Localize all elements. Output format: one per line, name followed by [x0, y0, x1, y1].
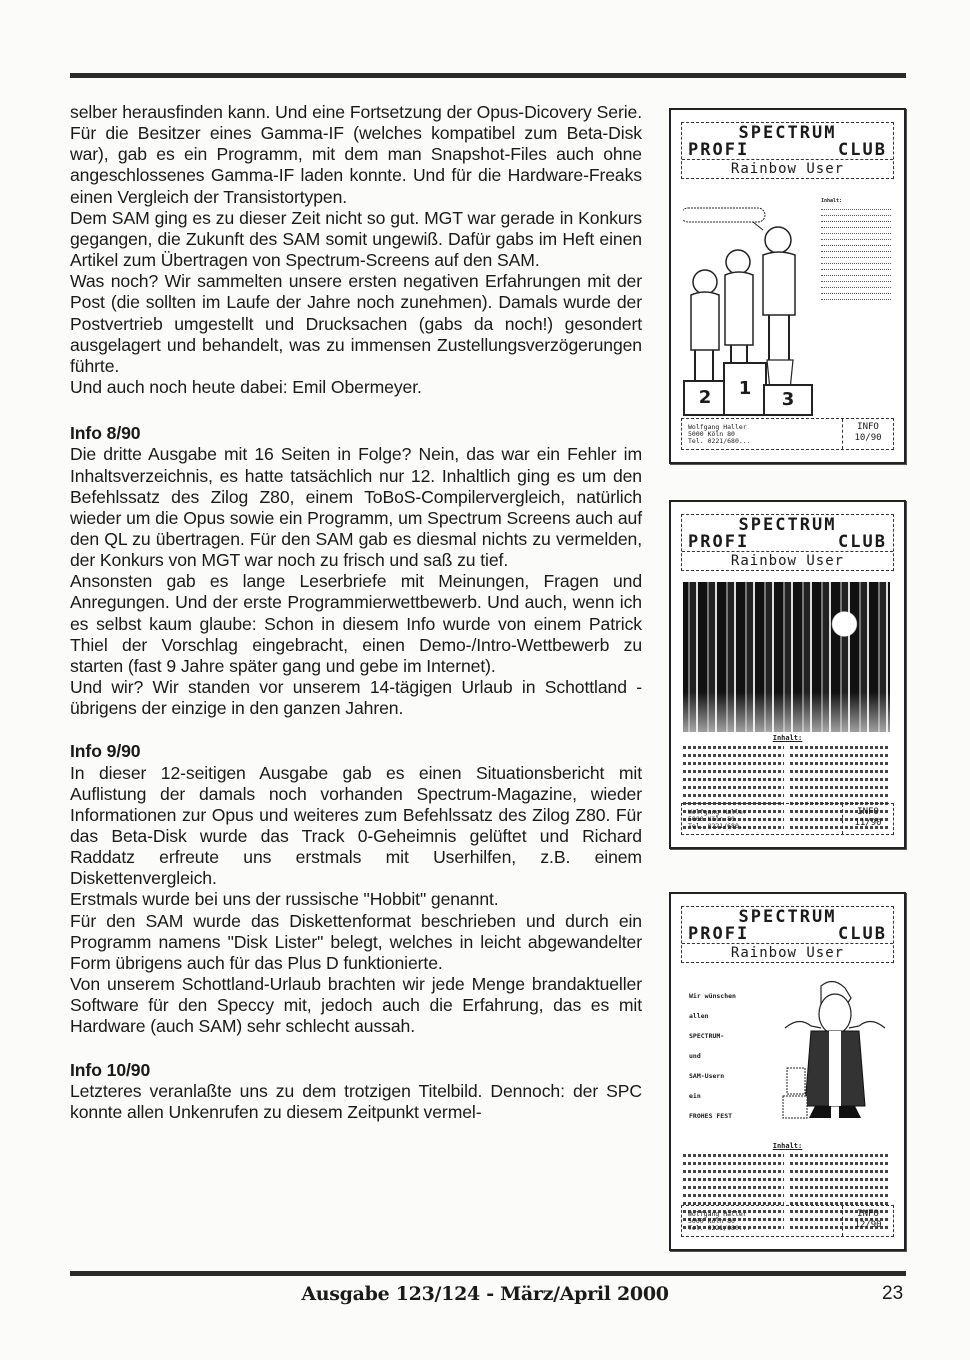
issue-box: INFO 11/90 [842, 804, 893, 834]
issue-box: INFO 10/90 [842, 419, 893, 449]
address-box: Wolfgang Haller 5000 Köln 80 Tel. 0221/6… [681, 1205, 894, 1237]
section-info-10-90: Info 10/90 Letzteres veranlaßte uns zu d… [70, 1060, 642, 1123]
footer-issue-title: Ausgabe 123/124 - März/April 2000 [0, 1283, 970, 1305]
masthead-word: PROFI [688, 926, 749, 943]
greeting-line: FROHES FEST [689, 1106, 736, 1126]
podium-second: 2 [683, 380, 727, 416]
christmas-greeting: Wir wünschen allen SPECTRUM- und SAM-Use… [689, 986, 736, 1126]
issue-number: 11/90 [843, 818, 893, 829]
paragraph: Letzteres veranlaßte uns zu dem trotzige… [70, 1081, 642, 1123]
issue-number: 10/90 [843, 433, 893, 444]
article-column: selber herausfinden kann. Und eine Forts… [70, 102, 642, 1123]
greeting-line: SAM-Usern [689, 1066, 736, 1086]
masthead-word: CLUB [838, 142, 887, 159]
address-box: Wolfgang Haller 5000 Köln 80 Tel. 0221/6… [681, 418, 894, 450]
podium-third: 3 [763, 384, 813, 416]
section-info-9-90: Info 9/90 In dieser 12-seitigen Ausgabe … [70, 741, 642, 1037]
greeting-line: SPECTRUM- [689, 1026, 736, 1046]
paragraph: Erstmals wurde bei uns der russische "Ho… [70, 889, 642, 910]
masthead-word: CLUB [838, 534, 887, 551]
address: Wolfgang Haller 5000 Köln 80 Tel. 0221/6… [682, 419, 842, 449]
paragraph: Von unserem Schottland-Urlaub brachten w… [70, 974, 642, 1037]
masthead: SPECTRUM PROFICLUB Rainbow User [681, 906, 894, 963]
masthead-subtitle: PROFICLUB [682, 534, 893, 551]
paragraph: Dem SAM ging es zu dieser Zeit nicht so … [70, 208, 642, 271]
greeting-line: Wir wünschen [689, 986, 736, 1006]
section-info-8-90: Info 8/90 Die dritte Ausgabe mit 16 Seit… [70, 423, 642, 719]
issue-label: INFO [843, 807, 893, 818]
forest-illustration [683, 582, 890, 732]
paragraph: Ansonsten gab es lange Leserbriefe mit M… [70, 571, 642, 677]
masthead-subtitle: PROFICLUB [682, 142, 893, 159]
cover-image-info-11-90: SPECTRUM PROFICLUB Rainbow User Inhalt: … [669, 500, 906, 849]
issue-box: INFO 12/90 [842, 1206, 893, 1236]
paragraph: Die dritte Ausgabe mit 16 Seiten in Folg… [70, 444, 642, 571]
paragraph: Und auch noch heute dabei: Emil Obermeye… [70, 377, 642, 398]
issue-label: INFO [843, 1209, 893, 1220]
podium-first: 1 [723, 362, 767, 416]
greeting-line: allen [689, 1006, 736, 1026]
section-heading: Info 10/90 [70, 1060, 642, 1081]
masthead-word: PROFI [688, 534, 749, 551]
cover-image-info-12-90: SPECTRUM PROFICLUB Rainbow User Wir wüns… [669, 892, 906, 1251]
masthead: SPECTRUM PROFICLUB Rainbow User [681, 514, 894, 571]
paragraph: selber herausfinden kann. Und eine Forts… [70, 102, 642, 208]
paragraph: Was noch? Wir sammelten unsere ersten ne… [70, 271, 642, 377]
greeting-line: ein [689, 1086, 736, 1106]
cover-image-info-10-90: SPECTRUM PROFICLUB Rainbow User 2 1 3 In… [669, 108, 906, 464]
masthead: SPECTRUM PROFICLUB Rainbow User [681, 122, 894, 179]
section-heading: Info 9/90 [70, 741, 642, 762]
address-box: Wolfgang Haller 5000 Köln 80 Tel. 0221/6… [681, 803, 894, 835]
toc-heading: Inhalt: [821, 198, 891, 204]
masthead-tagline: Rainbow User [682, 943, 893, 962]
greeting-line: und [689, 1046, 736, 1066]
address-line: Tel. 0221/680... [688, 1225, 836, 1232]
issue-label: INFO [843, 422, 893, 433]
masthead-subtitle: PROFICLUB [682, 926, 893, 943]
issue-number: 12/90 [843, 1220, 893, 1231]
toc-heading: Inhalt: [671, 734, 904, 742]
paragraph: Für den SAM wurde das Diskettenformat be… [70, 911, 642, 974]
masthead-word: CLUB [838, 926, 887, 943]
section-heading: Info 8/90 [70, 423, 642, 444]
masthead-tagline: Rainbow User [682, 159, 893, 178]
address-line: Tel. 0221/680... [688, 438, 836, 445]
toc-heading: Inhalt: [671, 1142, 904, 1150]
address-line: Tel. 0221/680... [688, 823, 836, 830]
bottom-rule [70, 1271, 906, 1276]
address: Wolfgang Haller 5000 Köln 80 Tel. 0221/6… [682, 1206, 842, 1236]
table-of-contents: Inhalt: [821, 198, 891, 305]
masthead-tagline: Rainbow User [682, 551, 893, 570]
address: Wolfgang Haller 5000 Köln 80 Tel. 0221/6… [682, 804, 842, 834]
paragraph: In dieser 12-seitigen Ausgabe gab es ein… [70, 763, 642, 890]
masthead-word: PROFI [688, 142, 749, 159]
paragraph: Und wir? Wir standen vor unserem 14-tägi… [70, 677, 642, 719]
santa-claus-illustration [781, 976, 891, 1126]
top-rule [70, 73, 906, 78]
page-number: 23 [882, 1283, 903, 1305]
